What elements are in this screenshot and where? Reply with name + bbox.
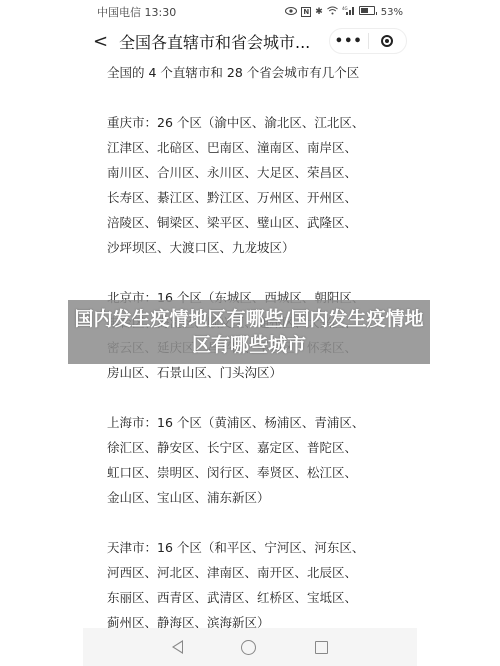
text-line: 东丽区、西青区、武清区、红桥区、宝坻区、 [107, 585, 407, 610]
nfc-icon: N [301, 7, 311, 17]
mini-program-navbar: < 全国各直辖市和省会城市... ••• [83, 26, 417, 56]
text-line: 虹口区、崇明区、闵行区、奉贤区、松江区、 [107, 460, 407, 485]
text-line: 河西区、河北区、津南区、南开区、北辰区、 [107, 560, 407, 585]
wifi-icon [327, 6, 338, 18]
carrier-label: 中国电信 [97, 6, 141, 19]
text-line: 金山区、宝山区、浦东新区） [107, 485, 407, 510]
section-shanghai: 上海市：16 个区（黄浦区、杨浦区、青浦区、 徐汇区、静安区、长宁区、嘉定区、普… [107, 410, 407, 510]
overlay-title-banner: 国内发生疫情地区有哪些/国内发生疫情地区有哪些城市 [68, 300, 430, 364]
signal-icon: 4G [342, 6, 355, 18]
clock: 13:30 [145, 6, 177, 19]
text-line: 重庆市：26 个区（渝中区、渝北区、江北区、 [107, 110, 407, 135]
question-heading: 全国的 4 个直辖市和 28 个省会城市有几个区 [107, 60, 407, 85]
status-icons: N ✱ 4G 53% [285, 6, 403, 18]
section-chongqing: 重庆市：26 个区（渝中区、渝北区、江北区、 江津区、北碚区、巴南区、潼南区、南… [107, 110, 407, 260]
close-target-icon [381, 35, 393, 47]
battery-percent: 53% [381, 7, 403, 18]
eye-icon [285, 7, 297, 18]
text-line: 涪陵区、铜梁区、梁平区、璧山区、武隆区、 [107, 210, 407, 235]
capsule-menu: ••• [329, 28, 407, 54]
svg-text:4G: 4G [342, 6, 348, 11]
more-button[interactable]: ••• [330, 34, 368, 49]
text-line: 江津区、北碚区、巴南区、潼南区、南岸区、 [107, 135, 407, 160]
page-title: 全国各直辖市和省会城市... [119, 30, 329, 53]
section-tianjin: 天津市：16 个区（和平区、宁河区、河东区、 河西区、河北区、津南区、南开区、北… [107, 535, 407, 635]
battery-icon [359, 6, 377, 18]
nav-back-icon[interactable] [172, 640, 183, 654]
bluetooth-icon: ✱ [315, 7, 323, 17]
text-line: 沙坪坝区、大渡口区、九龙坡区） [107, 235, 407, 260]
back-button[interactable]: < [83, 31, 119, 52]
system-navigation-bar [83, 628, 417, 666]
nav-recents-icon[interactable] [315, 641, 328, 654]
status-bar: 中国电信 13:30 N ✱ 4G 53% [83, 0, 417, 24]
text-line: 天津市：16 个区（和平区、宁河区、河东区、 [107, 535, 407, 560]
text-line: 上海市：16 个区（黄浦区、杨浦区、青浦区、 [107, 410, 407, 435]
close-button[interactable] [369, 35, 407, 47]
text-line: 长寿区、綦江区、黔江区、万州区、开州区、 [107, 185, 407, 210]
nav-home-icon[interactable] [241, 640, 256, 655]
text-line: 南川区、合川区、永川区、大足区、荣昌区、 [107, 160, 407, 185]
status-left: 中国电信 13:30 [97, 4, 176, 20]
text-line: 徐汇区、静安区、长宁区、嘉定区、普陀区、 [107, 435, 407, 460]
